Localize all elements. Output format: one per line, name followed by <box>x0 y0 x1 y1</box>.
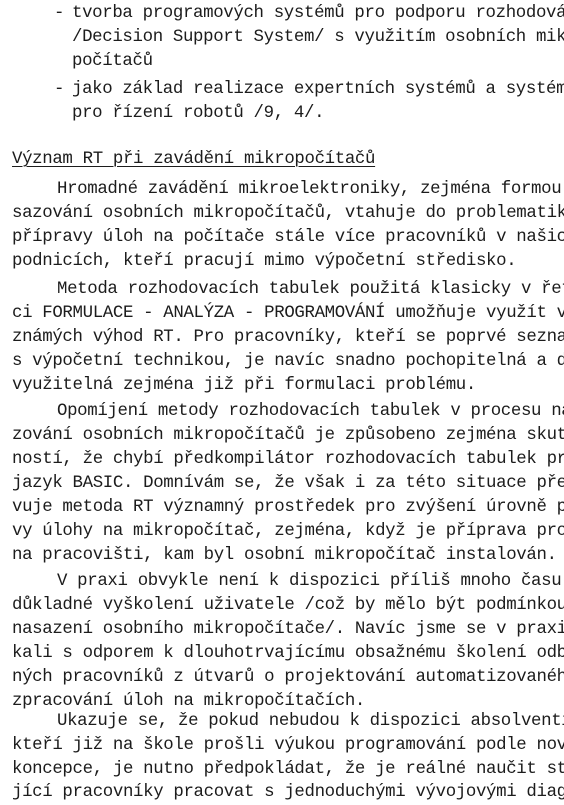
bullet-marker: - <box>54 80 64 100</box>
bullet-line: pro řízení robotů /9, 4/. <box>72 104 324 124</box>
paragraph-line: Hromadné zavádění mikroelektroniky, zejm… <box>57 180 564 200</box>
bullet-line: tvorba programových systémů pro podporu … <box>72 4 564 24</box>
bullet-marker: - <box>54 4 64 24</box>
paragraph-line: zpracování úloh na mikropočítačích. <box>12 692 365 712</box>
paragraph-line: s výpočetní technikou, je navíc snadno p… <box>12 352 564 372</box>
paragraph-line: vy úlohy na mikropočítač, zejména, když … <box>12 522 564 542</box>
paragraph-line: sazování osobních mikropočítačů, vtahuje… <box>12 204 564 224</box>
paragraph-line: Opomíjení metody rozhodovacích tabulek v… <box>57 402 564 422</box>
section-heading: Význam RT při zavádění mikropočítačů <box>12 150 375 170</box>
paragraph-line: ných pracovníků z útvarů o projektování … <box>12 668 564 688</box>
paragraph-line: kteří již na škole prošli výukou program… <box>12 736 564 756</box>
paragraph-line: V praxi obvykle není k dispozici příliš … <box>57 572 564 592</box>
paragraph-line: důkladné vyškolení uživatele /což by měl… <box>12 596 564 616</box>
paragraph-line: jící pracovníky pracovat s jednoduchými … <box>12 783 564 803</box>
bullet-line: počítačů <box>72 52 153 72</box>
bullet-line: /Decision Support System/ s využitím oso… <box>72 28 564 48</box>
paragraph-line: přípravy úloh na počítače stále více pra… <box>12 228 564 248</box>
paragraph-line: zování osobních mikropočítačů je způsobe… <box>12 426 564 446</box>
paragraph-line: kali s odporem k dlouhotrvajícímu obsažn… <box>12 644 564 664</box>
paragraph-line: jazyk BASIC. Domnívám se, že však i za t… <box>12 474 564 494</box>
paragraph-line: známých výhod RT. Pro pracovníky, kteří … <box>12 328 564 348</box>
paragraph-line: Ukazuje se, že pokud nebudou k dispozici… <box>57 712 564 732</box>
paragraph-line: nasazení osobního mikropočítače/. Navíc … <box>12 620 564 640</box>
paragraph-line: podnicích, kteří pracují mimo výpočetní … <box>12 252 516 272</box>
document-page: - tvorba programových systémů pro podpor… <box>0 0 564 805</box>
bullet-line: jako základ realizace expertních systémů… <box>72 80 564 100</box>
paragraph-line: na pracovišti, kam byl osobní mikropočít… <box>12 546 557 566</box>
paragraph-line: ností, že chybí předkompilátor rozhodova… <box>12 450 564 470</box>
paragraph-line: vuje metoda RT významný prostředek pro z… <box>12 498 564 518</box>
paragraph-line: využitelná zejména již při formulaci pro… <box>12 376 476 396</box>
paragraph-line: koncepce, je nutno předpokládat, že je r… <box>12 760 564 780</box>
paragraph-line: ci FORMULACE - ANALÝZA - PROGRAMOVÁNÍ um… <box>12 304 564 324</box>
paragraph-line: Metoda rozhodovacích tabulek použitá kla… <box>57 280 564 300</box>
